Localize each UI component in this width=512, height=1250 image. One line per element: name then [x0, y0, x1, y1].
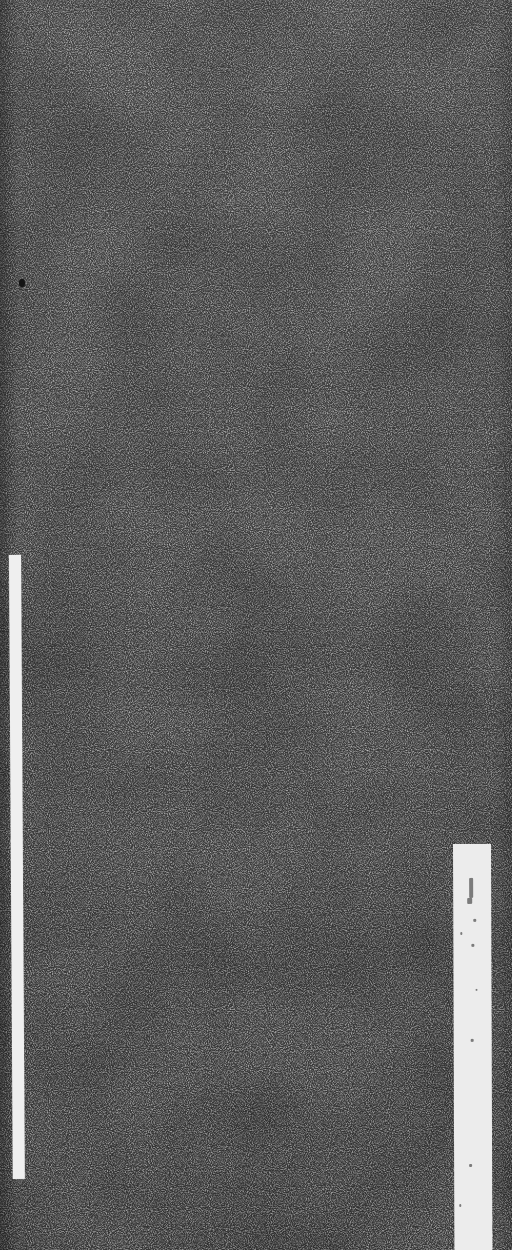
wear-mark: [469, 878, 473, 898]
wear-mark: [460, 932, 462, 935]
road-scene: [0, 0, 512, 1250]
wear-mark: [471, 944, 474, 947]
lane-marking-right: [453, 844, 492, 1250]
wear-mark: [469, 1164, 472, 1167]
wear-mark: [471, 1039, 474, 1042]
asphalt-texture: [0, 0, 512, 1250]
wear-mark: [473, 919, 476, 922]
wear-mark: [467, 898, 472, 904]
dark-speck: [19, 279, 25, 287]
wear-mark: [459, 1204, 461, 1207]
wear-mark: [476, 989, 478, 991]
